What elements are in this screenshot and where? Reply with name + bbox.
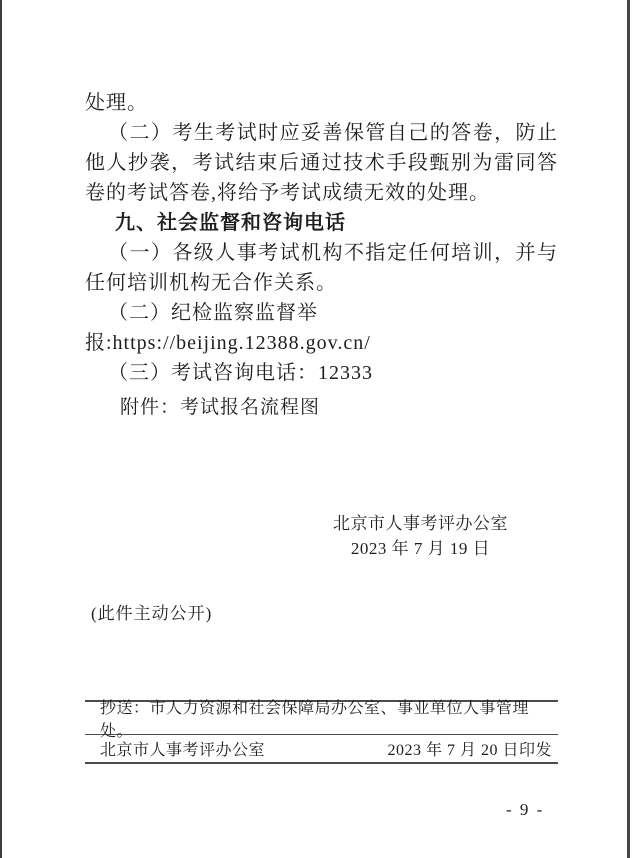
cc-line: 抄送：市人力资源和社会保障局办公室、事业单位人事管理处。 bbox=[100, 695, 552, 741]
document-footer: 抄送：市人力资源和社会保障局办公室、事业单位人事管理处。 北京市人事考评办公室 … bbox=[85, 700, 558, 764]
paragraph-no-training: （一）各级人事考试机构不指定任何培训，并与任何培训机构无合作关系。 bbox=[85, 238, 558, 298]
paragraph-continuation: 处理。 bbox=[85, 88, 558, 118]
print-date: 2023 年 7 月 20 日印发 bbox=[387, 737, 552, 760]
issuer-name: 北京市人事考评办公室 bbox=[100, 737, 265, 760]
document-body: 处理。 （二）考生考试时应妥善保管自己的答卷，防止他人抄袭，考试结束后通过技术手… bbox=[85, 88, 558, 388]
cc-row: 抄送：市人力资源和社会保障局办公室、事业单位人事管理处。 bbox=[85, 702, 558, 735]
public-disclosure-note: (此件主动公开) bbox=[91, 599, 212, 624]
paragraph-hotline: （三）考试咨询电话：12333 bbox=[85, 358, 558, 388]
scan-left-border bbox=[0, 0, 2, 858]
signature-date: 2023 年 7 月 19 日 bbox=[318, 536, 523, 561]
section-heading-supervision: 九、社会监督和咨询电话 bbox=[85, 208, 558, 238]
document-page: 处理。 （二）考生考试时应妥善保管自己的答卷，防止他人抄袭，考试结束后通过技术手… bbox=[0, 0, 637, 858]
paragraph-report-url: （二）纪检监察监督举报:https://beijing.12388.gov.cn… bbox=[85, 298, 558, 358]
scan-right-border bbox=[627, 0, 630, 858]
signature-org: 北京市人事考评办公室 bbox=[318, 511, 523, 536]
paragraph-anti-cheat: （二）考生考试时应妥善保管自己的答卷，防止他人抄袭，考试结束后通过技术手段甄别为… bbox=[85, 118, 558, 208]
page-number: - 9 - bbox=[506, 800, 544, 820]
attachment-line: 附件：考试报名流程图 bbox=[120, 392, 320, 419]
signature-block: 北京市人事考评办公室 2023 年 7 月 19 日 bbox=[318, 511, 523, 561]
